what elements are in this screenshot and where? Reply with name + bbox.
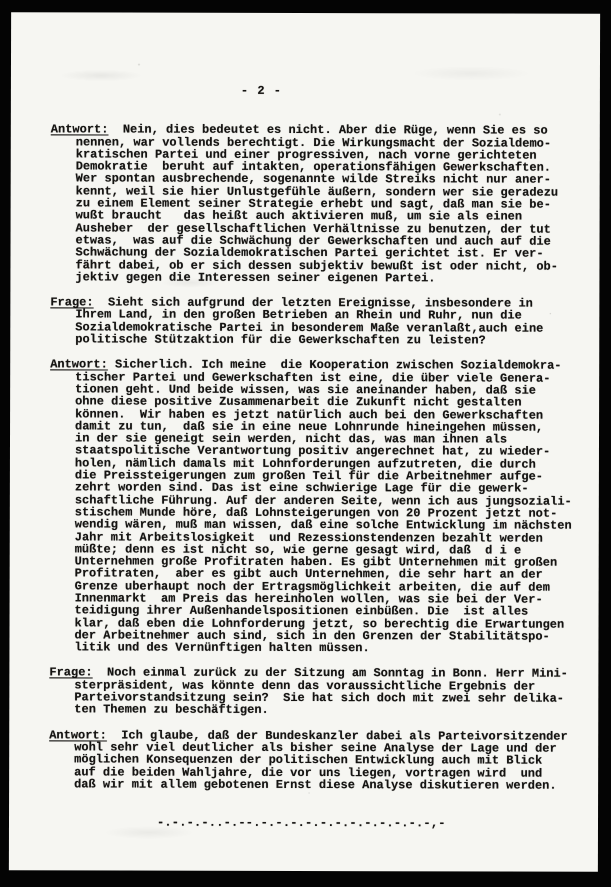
paragraph-answer-1: Antwort: Nein, dies bedeutet es nicht. A… [50,124,586,285]
paragraph-text: Sieht sich aufgrund der letzten Ereignis… [75,296,543,348]
paragraph-answer-2: Antwort: Sicherlich. Ich meine die Koope… [49,359,586,656]
paragraph-question-2: Frage: Noch einmal zurück zu der Sitzung… [49,667,585,718]
page-content: - 2 - Antwort: Nein, dies bedeutet es ni… [49,84,587,830]
paragraph-text: Sicherlich. Ich meine die Kooperation zw… [74,358,571,656]
paragraph-text: Nein, dies bedeutet es nicht. Aber die R… [75,123,558,285]
scan-black-frame: - 2 - Antwort: Nein, dies bedeutet es ni… [0,0,611,887]
document-page: - 2 - Antwort: Nein, dies bedeutet es ni… [9,12,600,872]
footer-separator-line: -.-.-.-..-.--.-.-.-.-.-.-.-.-.-.-.-.-,- [49,816,585,830]
paragraph-text: Noch einmal zurück zu der Sitzung am Son… [74,666,568,717]
paragraph-answer-3: Antwort: Ich glaube, daß der Bundeskanzl… [49,729,585,792]
page-number: - 2 - [51,84,587,98]
paragraph-question-1: Frage: Sieht sich aufgrund der letzten E… [50,296,586,347]
paragraph-text: Ich glaube, daß der Bundeskanzler dabei … [74,728,568,792]
